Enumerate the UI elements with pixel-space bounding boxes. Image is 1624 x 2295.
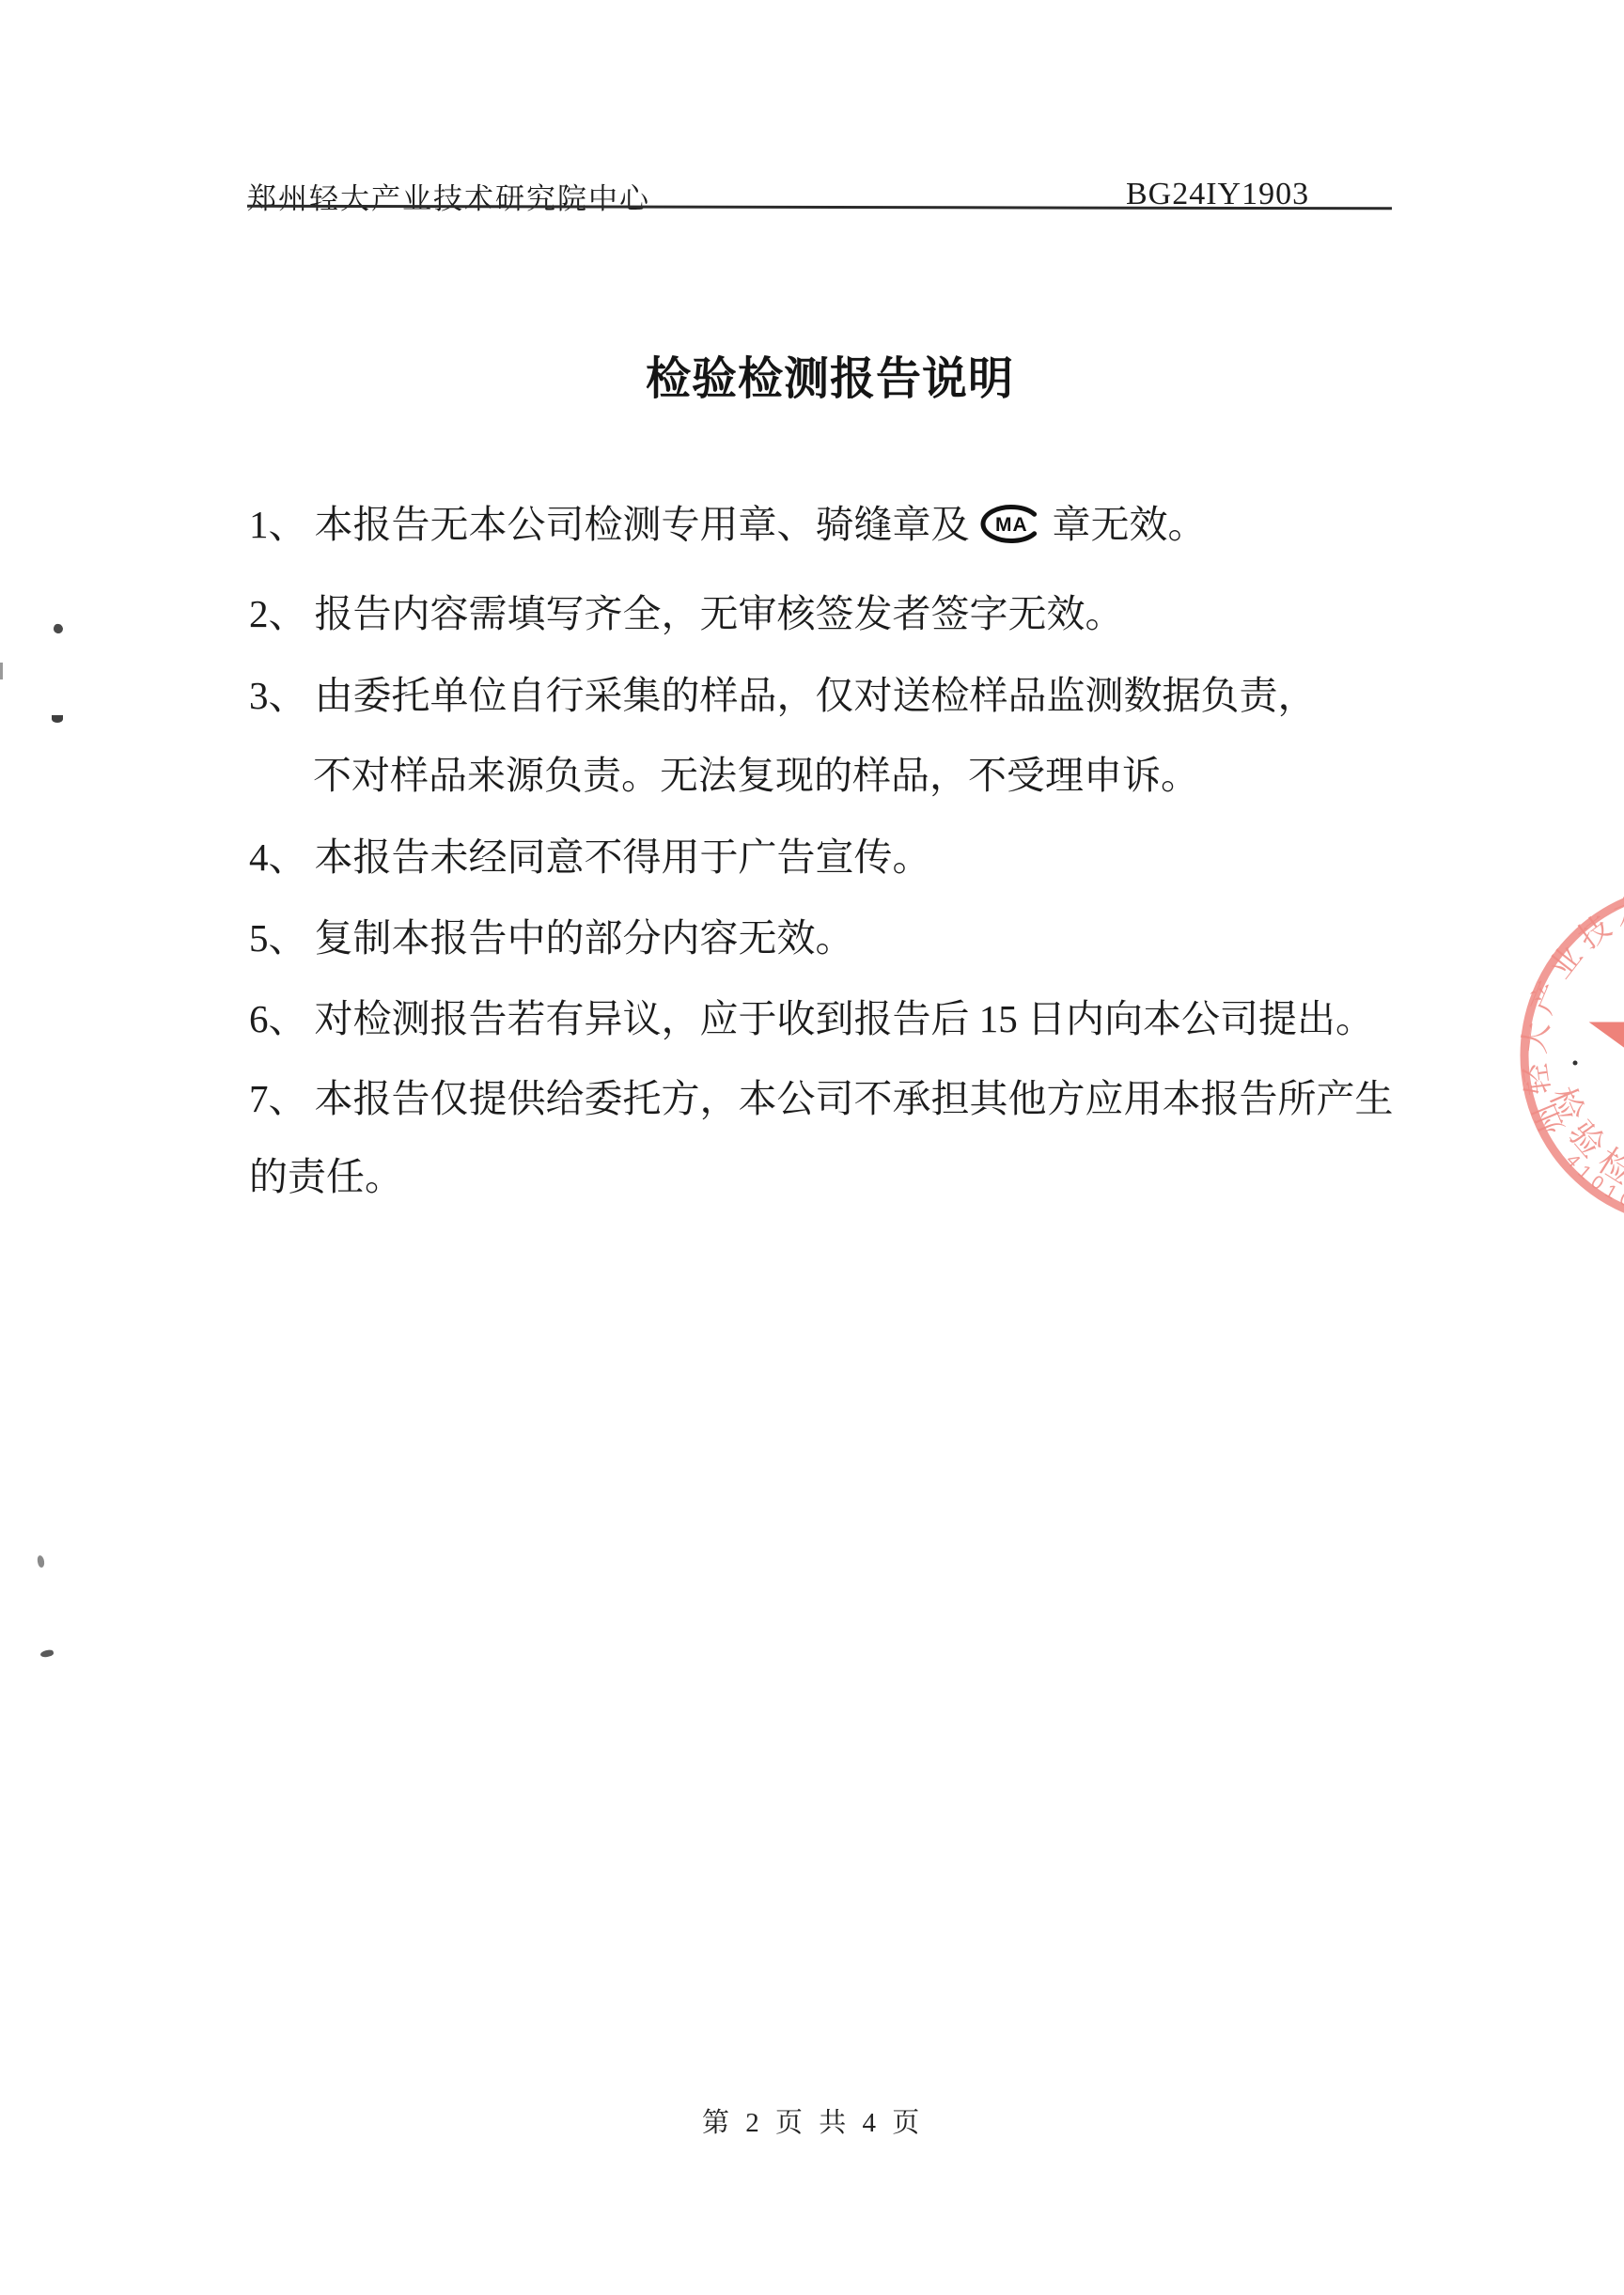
seal-ring-text: 州轻大产业技术 (1516, 886, 1624, 1140)
note-text: 由委托单位自行采集的样品，仅对送检样品监测数据负责， (315, 674, 1317, 717)
page-title: 检验检测报告说明 (646, 342, 1014, 407)
cma-label: MA (995, 514, 1028, 536)
seal-bottom-text: 检验检测 (1542, 1082, 1624, 1210)
note-text: 复制本报告中的部分内容无效。 (315, 916, 854, 960)
note-item-2: 2、报告内容需填写齐全，无审核签发者签字无效。 (249, 591, 1124, 636)
page-number-footer: 第 2 页 共 4 页 (702, 2101, 924, 2140)
scanned-report-page: 郑州轻大产业技术研究院中心 BG24IY1903 检验检测报告说明 1、本报告无… (0, 0, 1624, 2295)
note-item-6: 6、对检测报告若有异议，应于收到报告后 15 日内向本公司提出。 (249, 996, 1374, 1041)
note-text: 的责任。 (249, 1155, 403, 1198)
note-number: 2、 (249, 591, 307, 636)
note-text: 本报告无本公司检测专用章、骑缝章及 (315, 503, 970, 546)
note-item-3: 3、由委托单位自行采集的样品，仅对送检样品监测数据负责， (249, 673, 1317, 718)
note-item-7-continued: 的责任。 (249, 1154, 403, 1199)
scan-speck (52, 715, 63, 723)
scan-speck (39, 1648, 54, 1658)
seal-ring (1524, 888, 1624, 1223)
scan-speck (37, 1555, 45, 1569)
note-item-7: 7、本报告仅提供给委托方，本公司不承担其他方应用本报告所产生 (249, 1076, 1394, 1121)
note-number: 5、 (249, 915, 307, 960)
note-number: 3、 (249, 673, 307, 718)
seal-graphic: 州轻大产业技术 检验检测 41010 (1504, 867, 1624, 1243)
note-item-5: 5、复制本报告中的部分内容无效。 (249, 915, 854, 960)
cma-mark-icon: MA (979, 504, 1043, 545)
note-text: 对检测报告若有异议，应于收到报告后 15 日内向本公司提出。 (315, 997, 1375, 1040)
note-text: 章无效。 (1053, 503, 1207, 546)
note-number: 6、 (249, 996, 307, 1041)
note-number: 1、 (249, 502, 307, 547)
header-organization-name: 郑州轻大产业技术研究院中心 (247, 175, 650, 217)
scan-edge-mark (0, 663, 3, 679)
note-item-4: 4、本报告未经同意不得用于广告宣传。 (249, 835, 931, 880)
note-number: 7、 (249, 1076, 307, 1121)
note-number: 4、 (249, 835, 307, 880)
note-text: 本报告未经同意不得用于广告宣传。 (315, 835, 931, 879)
note-item-3-continued: 不对样品来源负责。无法复现的样品，不受理申诉。 (313, 753, 1199, 798)
note-text: 不对样品来源负责。无法复现的样品，不受理申诉。 (313, 754, 1199, 797)
scan-speck (53, 623, 64, 634)
ink-dot (1573, 1061, 1578, 1066)
seal-serial-digits: 41010 (1562, 1150, 1624, 1214)
note-item-1: 1、本报告无本公司检测专用章、骑缝章及MA章无效。 (249, 502, 1207, 547)
red-seal-stamp: 州轻大产业技术 检验检测 41010 (1504, 867, 1624, 1243)
seal-star-icon (1589, 947, 1624, 1143)
note-text: 本报告仅提供给委托方，本公司不承担其他方应用本报告所产生 (315, 1077, 1394, 1120)
note-text: 报告内容需填写齐全，无审核签发者签字无效。 (315, 592, 1124, 635)
